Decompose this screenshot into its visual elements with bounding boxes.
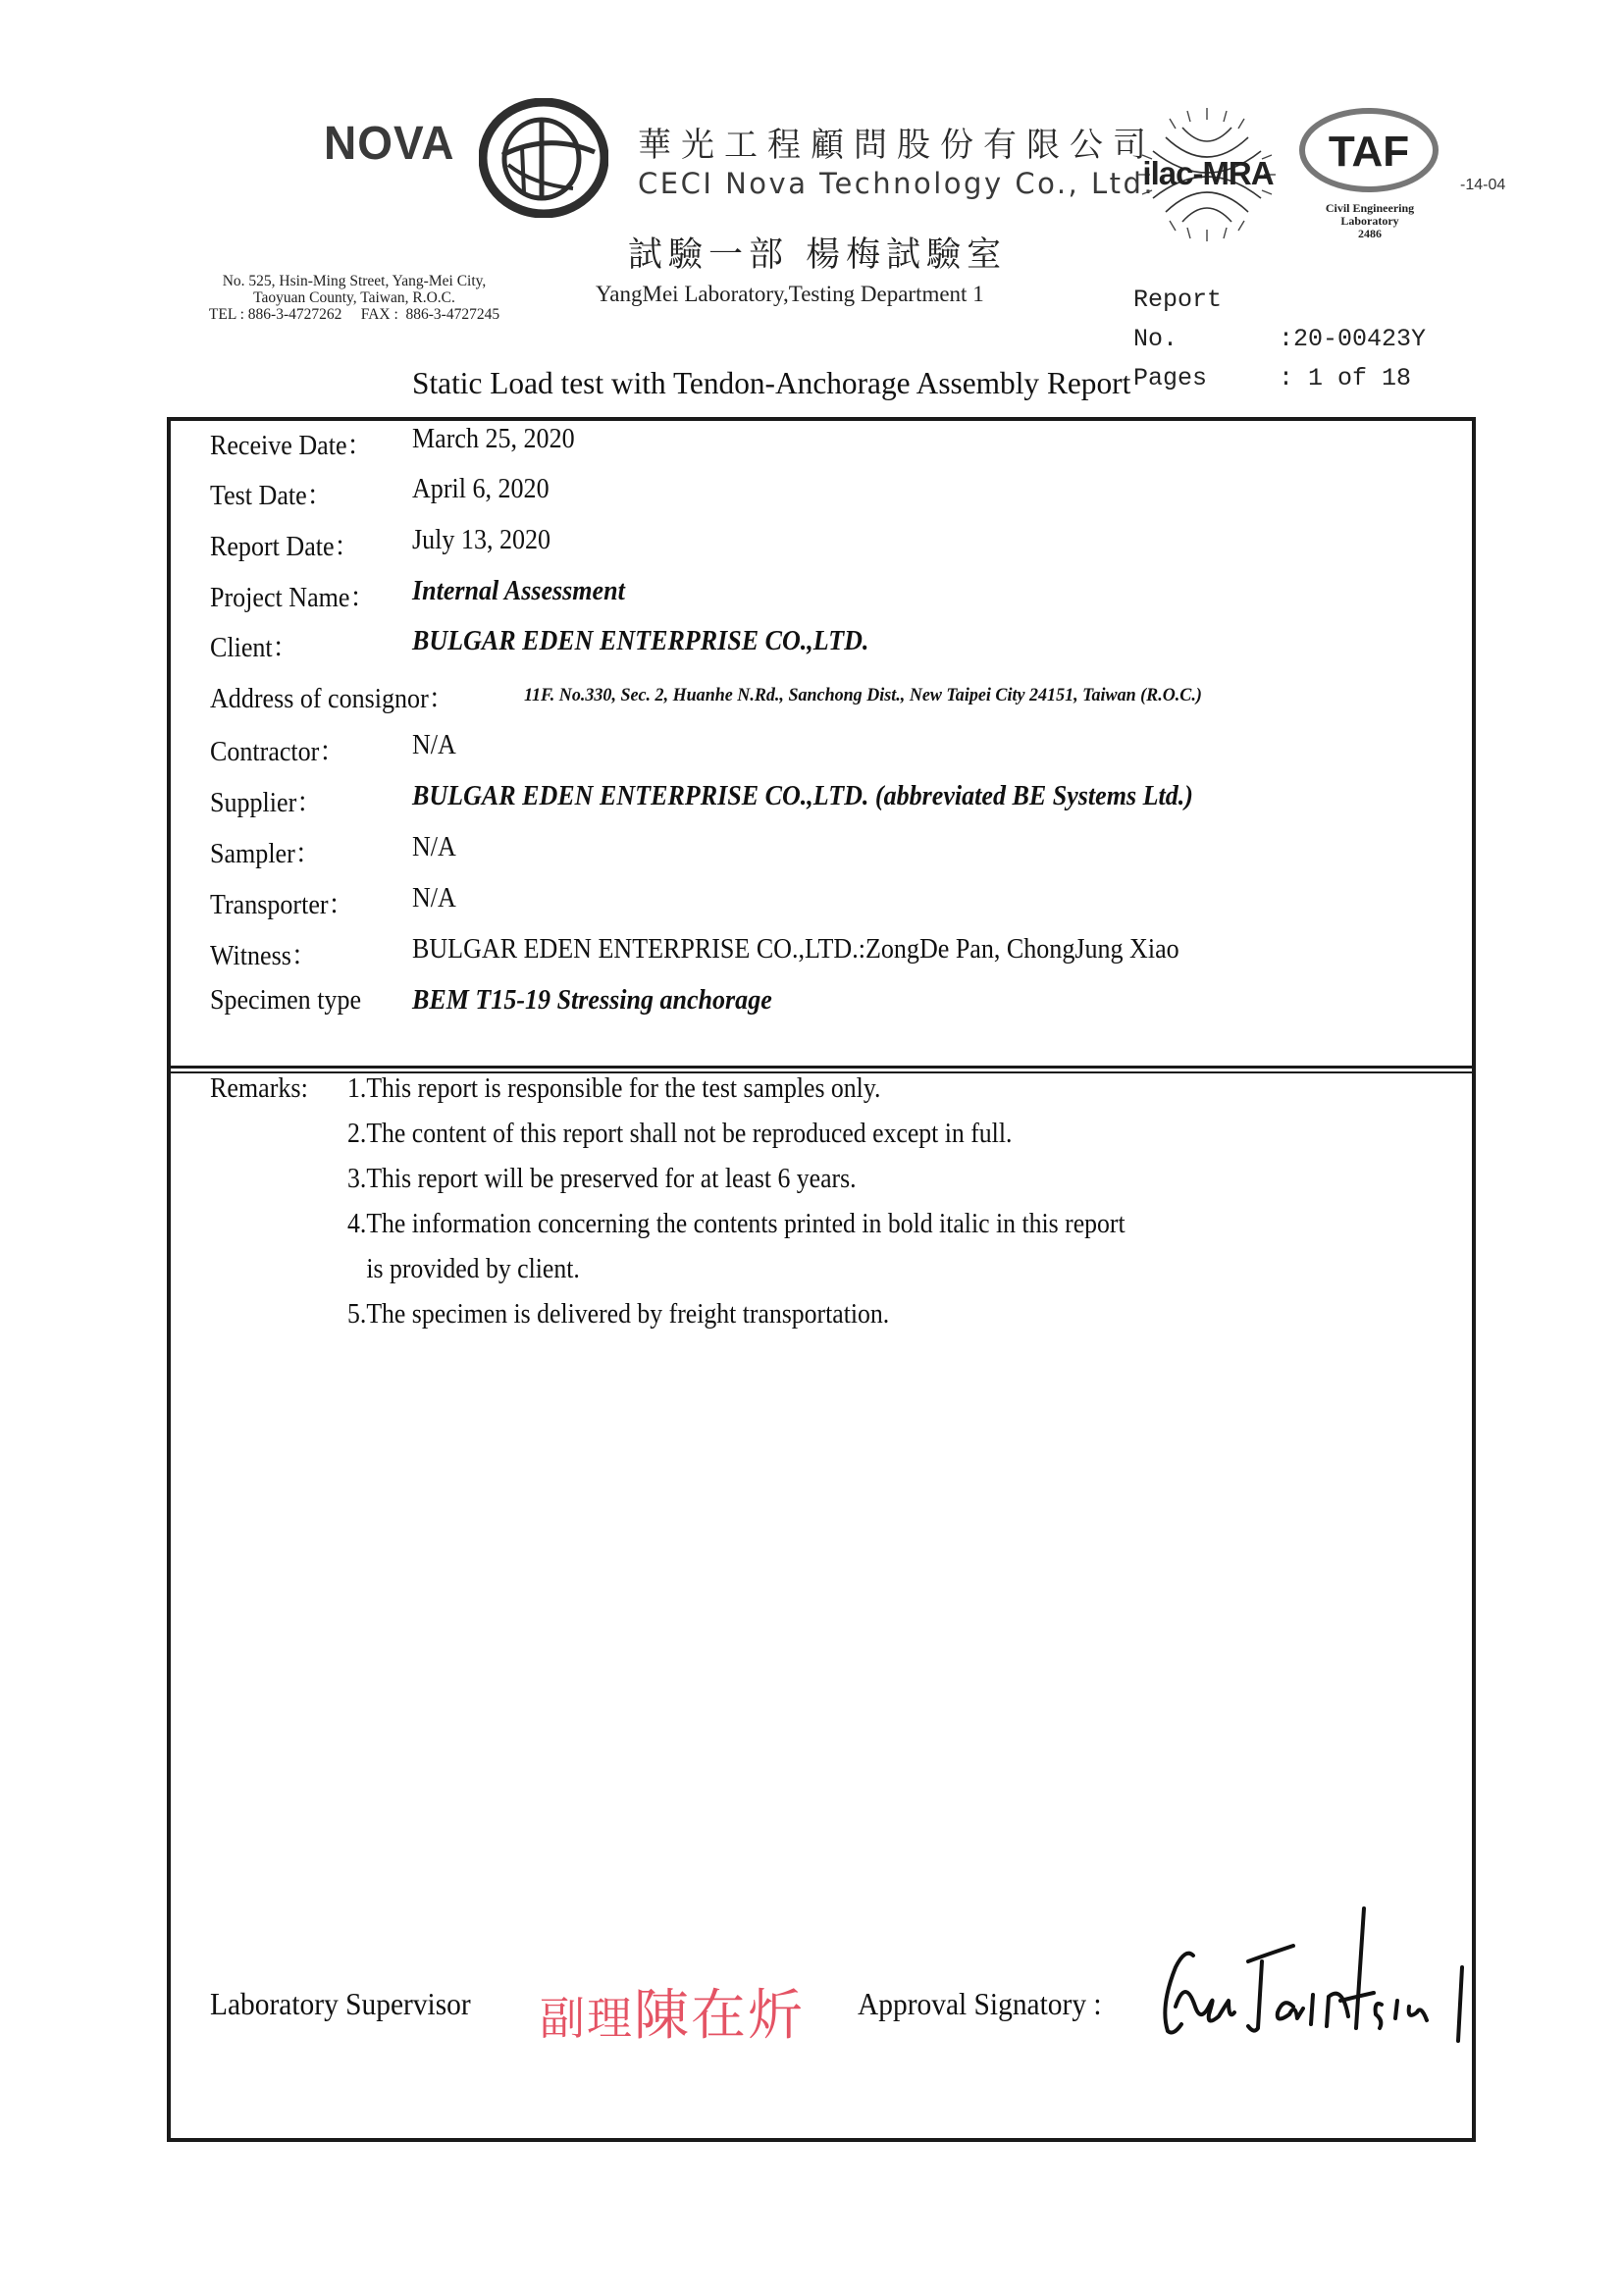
handwritten-signature-icon <box>1146 1899 1470 2046</box>
field-row: Report Date： <box>210 525 360 564</box>
field-label: Report Date： <box>210 525 360 564</box>
taf-caption-line: 2486 <box>1305 228 1435 240</box>
remark-item: 2.The content of this report shall not b… <box>347 1119 1012 1150</box>
report-no-label: Report No. <box>1133 281 1279 359</box>
field-row: Specimen type <box>210 985 361 1017</box>
address-line: Taoyuan County, Taiwan, R.O.C. <box>173 289 536 306</box>
stamp-title: 副理 <box>540 1992 634 2045</box>
pages-label: Pages <box>1133 359 1279 398</box>
company-address: No. 525, Hsin-Ming Street, Yang-Mei City… <box>173 273 536 323</box>
field-label: Address of consignor： <box>210 677 454 716</box>
field-row: Contractor： <box>210 730 344 769</box>
section-divider <box>167 1066 1476 1073</box>
field-row: Sampler： <box>210 832 321 871</box>
nova-globe-logo-icon <box>479 98 608 218</box>
remark-item: 1.This report is responsible for the tes… <box>347 1073 880 1105</box>
field-value: N/A <box>412 832 456 863</box>
report-no-value: :20-00423Y <box>1279 325 1426 353</box>
supervisor-label: Laboratory Supervisor <box>210 1986 471 2022</box>
field-label: Supplier： <box>210 781 322 820</box>
pages-value: : 1 of 18 <box>1279 364 1411 392</box>
field-value: 11F. No.330, Sec. 2, Huanhe N.Rd., Sanch… <box>524 685 1202 706</box>
field-label: Transporter： <box>210 883 354 922</box>
brand-wordmark: NOVA <box>324 115 455 171</box>
field-value: BULGAR EDEN ENTERPRISE CO.,LTD. <box>412 626 868 657</box>
field-row: Supplier： <box>210 781 322 820</box>
remark-item: 5.The specimen is delivered by freight t… <box>347 1299 889 1331</box>
field-value: BULGAR EDEN ENTERPRISE CO.,LTD. (abbrevi… <box>412 781 1193 812</box>
field-row: Project Name： <box>210 576 375 615</box>
field-label: Test Date： <box>210 474 333 513</box>
remark-item: 3.This report will be preserved for at l… <box>347 1164 857 1195</box>
remark-item: 4.The information concerning the content… <box>347 1209 1126 1240</box>
remark-item: is provided by client. <box>347 1254 580 1285</box>
field-row: Test Date： <box>210 474 333 513</box>
document-title: Static Load test with Tendon-Anchorage A… <box>412 365 1130 401</box>
field-label: Project Name： <box>210 576 375 615</box>
accreditation-code: -14-04 <box>1460 177 1505 194</box>
field-label: Sampler： <box>210 832 321 871</box>
field-value: April 6, 2020 <box>412 474 550 505</box>
field-value: BULGAR EDEN ENTERPRISE CO.,LTD.:ZongDe P… <box>412 934 1179 965</box>
field-label: Client： <box>210 626 298 665</box>
address-line: No. 525, Hsin-Ming Street, Yang-Mei City… <box>173 273 536 289</box>
department-english: YangMei Laboratory,Testing Department 1 <box>596 282 984 307</box>
company-name-chinese: 華光工程顧問股份有限公司 <box>638 118 1156 166</box>
field-row: Witness： <box>210 934 317 973</box>
field-row: Address of consignor： <box>210 677 454 716</box>
field-label: Specimen type <box>210 985 361 1017</box>
field-value: BEM T15-19 Stressing anchorage <box>412 985 772 1017</box>
report-meta: Report No.:20-00423Y Pages: 1 of 18 <box>1133 281 1426 398</box>
taf-label: TAF <box>1329 128 1409 176</box>
field-row: Receive Date： <box>210 424 373 463</box>
field-value: Internal Assessment <box>412 576 625 607</box>
taf-badge-icon: TAF <box>1295 103 1442 201</box>
field-label: Contractor： <box>210 730 344 769</box>
field-value: N/A <box>412 883 456 914</box>
field-label: Witness： <box>210 934 317 973</box>
field-value: July 13, 2020 <box>412 525 550 556</box>
taf-caption: Civil Engineering Laboratory 2486 <box>1305 202 1435 240</box>
stamp-name: 陳在炘 <box>634 1984 805 2048</box>
field-row: Client： <box>210 626 298 665</box>
company-name-english: CECI Nova Technology Co., Ltd. <box>638 167 1155 200</box>
field-label: Receive Date： <box>210 424 373 463</box>
remarks-label: Remarks: <box>210 1073 308 1105</box>
field-value: March 25, 2020 <box>412 424 575 455</box>
approval-signatory-label: Approval Signatory : <box>858 1986 1102 2022</box>
contact-line: TEL : 886-3-4727262 FAX : 886-3-4727245 <box>173 306 536 323</box>
field-row: Transporter： <box>210 883 354 922</box>
supervisor-stamp: 副理陳在炘 <box>540 1972 805 2051</box>
ilac-mra-label: ilac-MRA <box>1128 155 1287 192</box>
field-value: N/A <box>412 730 456 761</box>
department-chinese: 試驗一部 楊梅試驗室 <box>628 228 1007 277</box>
